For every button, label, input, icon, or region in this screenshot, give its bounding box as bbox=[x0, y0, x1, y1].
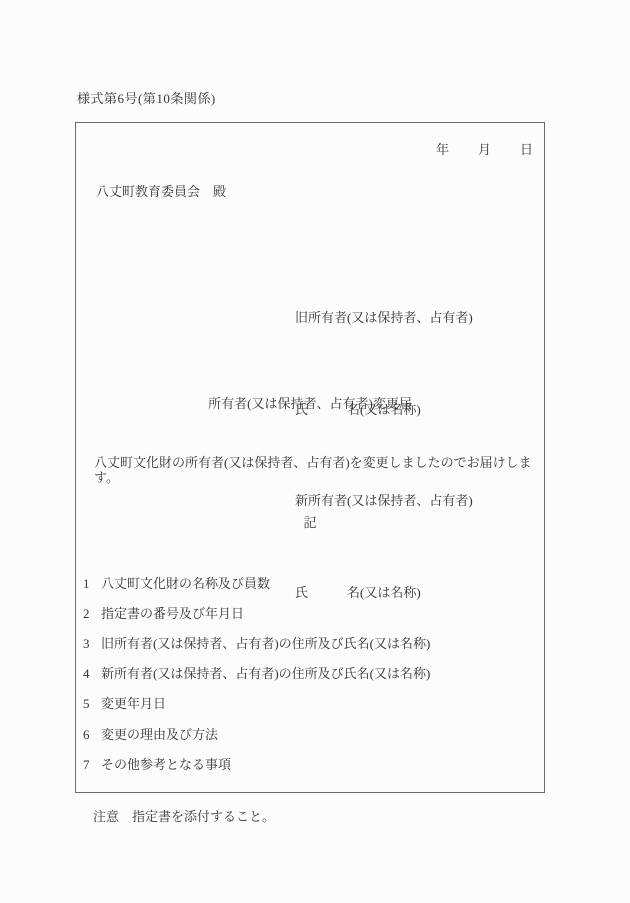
new-owner-line: 新所有者(又は保持者、占有者) bbox=[295, 486, 473, 517]
item-number: 2 bbox=[83, 607, 101, 622]
document-page: 様式第6号(第10条関係) 年 月 日 八丈町教育委員会 殿 旧所有者(又は保持… bbox=[0, 0, 630, 903]
section-heading-ki: 記 bbox=[76, 516, 544, 531]
item-number: 7 bbox=[83, 758, 101, 773]
item-text: 変更年月日 bbox=[101, 697, 544, 712]
item-text: 指定書の番号及び年月日 bbox=[101, 607, 544, 622]
old-owner-line: 旧所有者(又は保持者、占有者) bbox=[295, 303, 473, 334]
item-number: 3 bbox=[83, 637, 101, 652]
list-item: 6 変更の理由及び方法 bbox=[76, 720, 544, 750]
item-number: 4 bbox=[83, 667, 101, 682]
item-number: 1 bbox=[83, 577, 101, 592]
item-text: 八丈町文化財の名称及び員数 bbox=[101, 577, 544, 592]
item-text: 旧所有者(又は保持者、占有者)の住所及び氏名(又は名称) bbox=[101, 637, 544, 652]
list-item: 3 旧所有者(又は保持者、占有者)の住所及び氏名(又は名称) bbox=[76, 629, 544, 659]
list-item: 5 変更年月日 bbox=[76, 690, 544, 720]
list-item: 4 新所有者(又は保持者、占有者)の住所及び氏名(又は名称) bbox=[76, 660, 544, 690]
form-border-box: 年 月 日 八丈町教育委員会 殿 旧所有者(又は保持者、占有者) 氏 名(又は名… bbox=[75, 122, 545, 793]
item-text: 変更の理由及び方法 bbox=[101, 728, 544, 743]
list-item: 1 八丈町文化財の名称及び員数 bbox=[76, 569, 544, 599]
form-title: 所有者(又は保持者、占有者)変更届 bbox=[76, 397, 544, 412]
item-text: その他参考となる事項 bbox=[101, 758, 544, 773]
item-text: 新所有者(又は保持者、占有者)の住所及び氏名(又は名称) bbox=[101, 667, 544, 682]
items-list: 1 八丈町文化財の名称及び員数 2 指定書の番号及び年月日 3 旧所有者(又は保… bbox=[76, 569, 544, 780]
item-number: 5 bbox=[83, 697, 101, 712]
list-item: 7 その他参考となる事項 bbox=[76, 750, 544, 780]
form-body-text: 八丈町文化財の所有者(又は保持者、占有者)を変更しましたのでお届けします。 bbox=[94, 456, 532, 486]
item-number: 6 bbox=[83, 728, 101, 743]
date-line: 年 月 日 bbox=[436, 143, 534, 158]
attachment-note: 注意 指定書を添付すること。 bbox=[93, 810, 275, 825]
list-item: 2 指定書の番号及び年月日 bbox=[76, 599, 544, 629]
addressee-line: 八丈町教育委員会 殿 bbox=[96, 185, 226, 200]
form-style-label: 様式第6号(第10条関係) bbox=[77, 92, 216, 107]
